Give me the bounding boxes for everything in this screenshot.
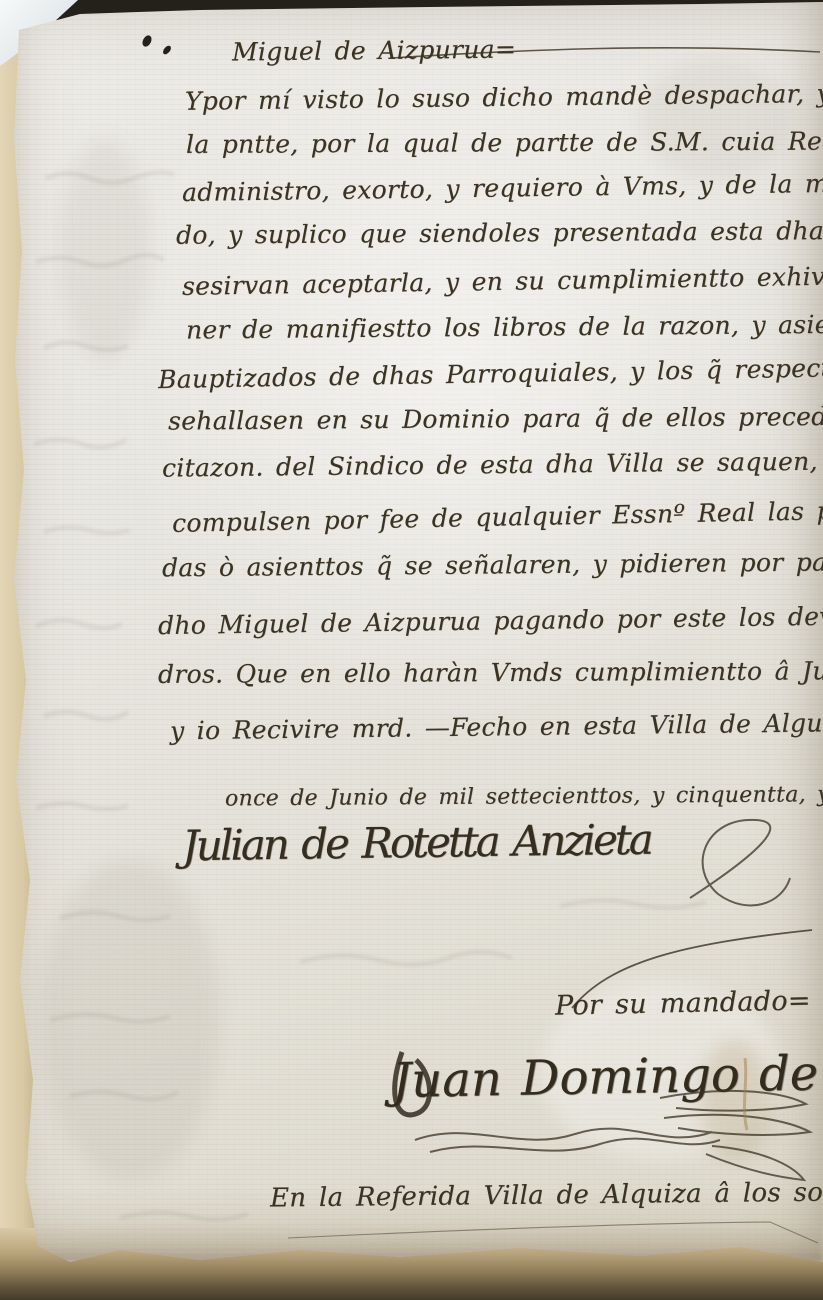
manuscript-line: compulsen por fee de qualquier Essnº Rea… — [172, 495, 823, 538]
manuscript-line: do, y suplico que siendoles presentada e… — [176, 215, 823, 249]
manuscript-line: la pntte, por la qual de partte de S.M. … — [186, 126, 823, 159]
manuscript-line: administro, exorto, y requiero à Vms, y … — [182, 168, 823, 207]
heading-line: Miguel de Aizpurua= — [232, 35, 516, 67]
paper-blotch — [640, 60, 790, 180]
manuscript-line: sesirvan aceptarla, y en su cumplimientt… — [182, 260, 823, 301]
paper-blotch — [60, 140, 150, 360]
manuscript-page: Miguel de Aizpurua= Ypor mí visto lo sus… — [0, 0, 823, 1300]
manuscript-line: dho Miguel de Aizpurua pagando por este … — [158, 601, 823, 640]
ink-specks — [141, 34, 173, 56]
closing-line: En la Referida Villa de Alquiza â los so… — [270, 1177, 823, 1214]
date-line: once de Junio de mil settecienttos, y ci… — [225, 782, 823, 812]
manuscript-line: ner de manifiestto los libros de la razo… — [186, 309, 823, 345]
manuscript-line: das ò asienttos q̃ se señalaren, y pidie… — [162, 547, 823, 583]
manuscript-line: sehallasen en su Dominio para q̃ de ello… — [168, 401, 823, 435]
signature-julian-rotetta: Julian de Rotetta Anzieta — [182, 815, 651, 871]
signature-juan-domingo-elola: Juan Domingo de Elola — [392, 1043, 823, 1109]
manuscript-line: Bauptizados de dhas Parroquiales, y los … — [158, 351, 823, 394]
manuscript-line: citazon. del Sindico de esta dha Villa s… — [162, 446, 823, 482]
manuscript-photo: Miguel de Aizpurua= Ypor mí visto lo sus… — [0, 0, 823, 1300]
manuscript-line: y io Recivire mrd. —Fecho en esta Villa … — [170, 708, 823, 746]
paper-blotch — [40, 860, 220, 1180]
signature-paraph — [690, 820, 790, 906]
manuscript-line: dros. Que en ello haràn Vmds cumplimient… — [158, 656, 823, 689]
mandate-label: Por su mandado= — [555, 985, 811, 1021]
